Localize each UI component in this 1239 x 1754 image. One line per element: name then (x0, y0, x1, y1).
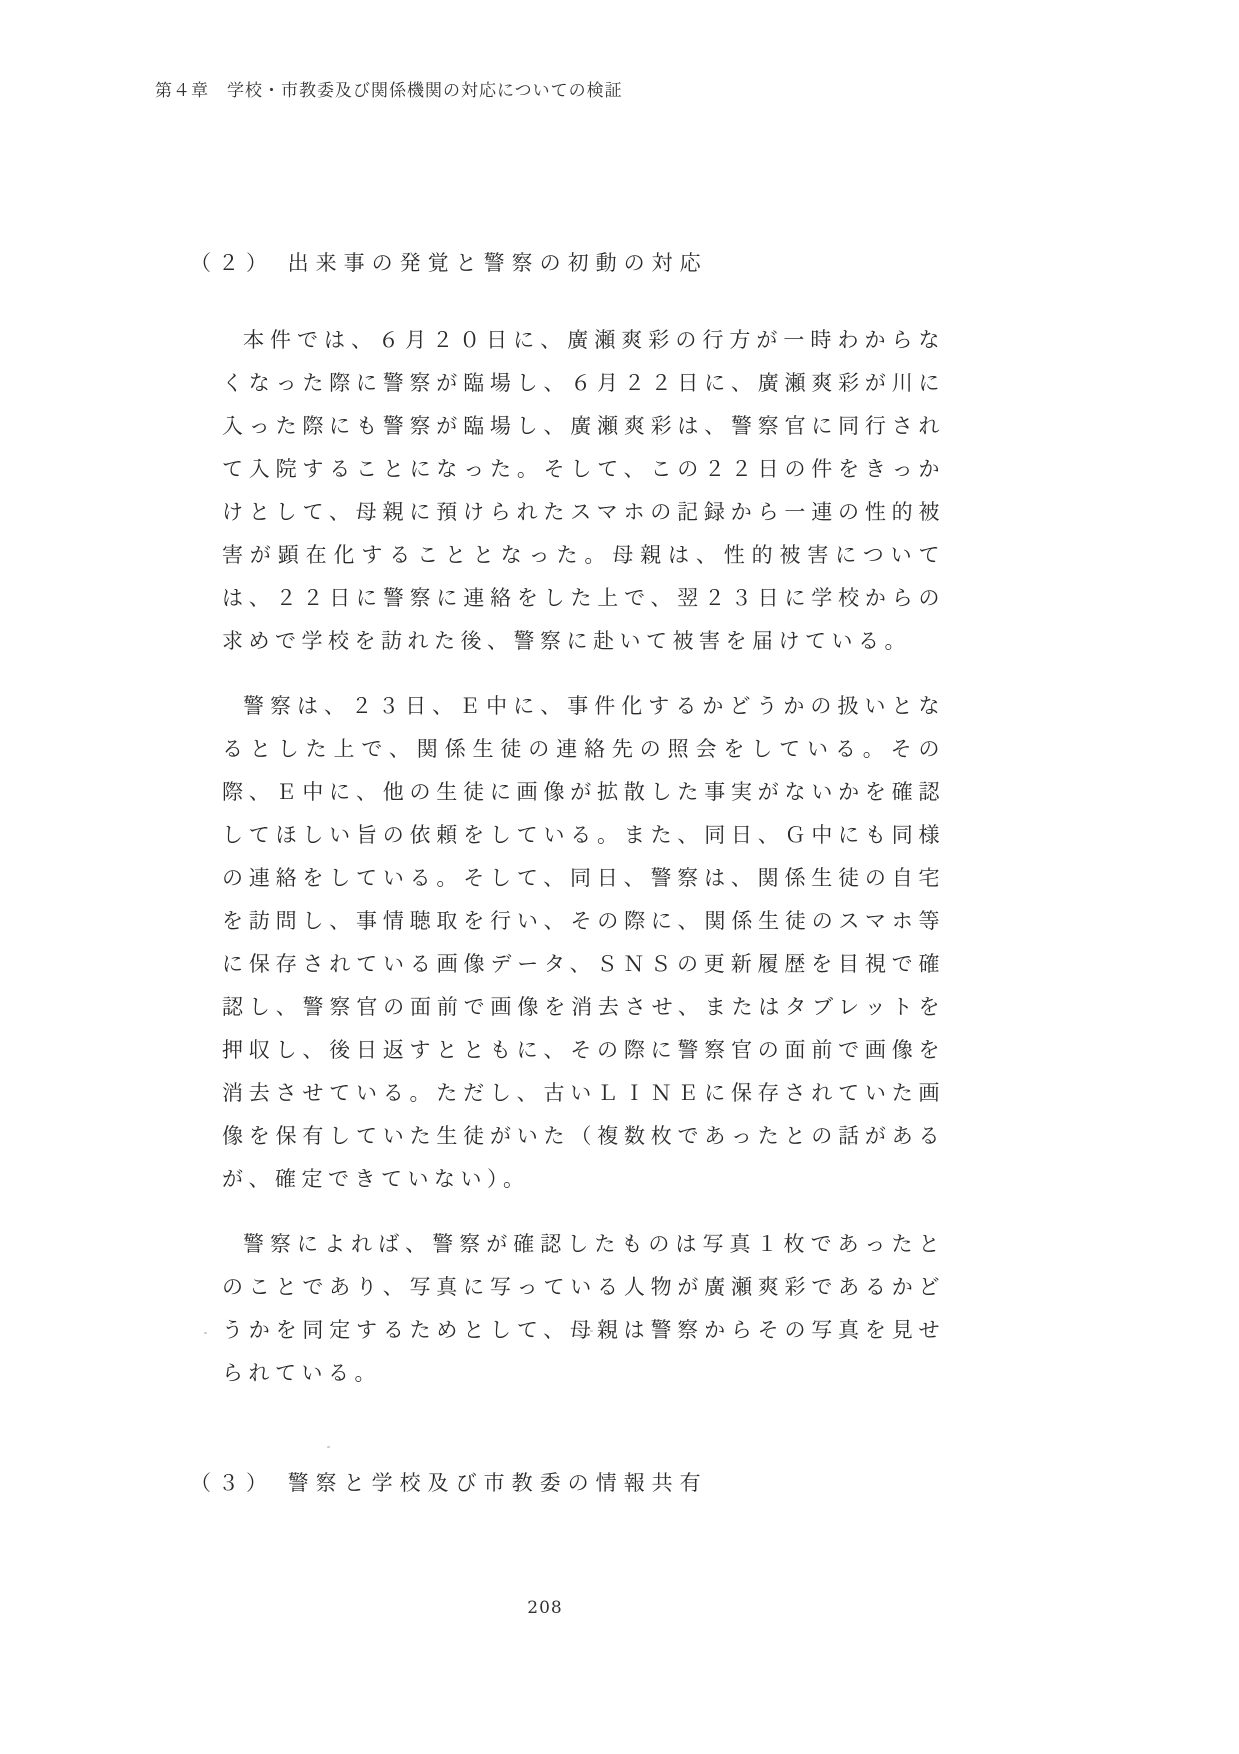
body-paragraph: 警察は、２３日、Ｅ中に、事件化するかどうかの扱いとなるとした上で、関係生徒の連絡… (222, 685, 945, 1201)
page-number: 208 (0, 1598, 1090, 1618)
document-page: 第４章 学校・市教委及び関係機関の対応についての検証 （２） 出来事の発覚と警察… (0, 0, 1239, 1754)
document-body: （２） 出来事の発覚と警察の初動の対応本件では、６月２０日に、廣瀬爽彩の行方が一… (190, 247, 950, 1539)
running-header: 第４章 学校・市教委及び関係機関の対応についての検証 (155, 76, 623, 101)
scan-artifact (590, 1330, 593, 1332)
section-heading: （３） 警察と学校及び市教委の情報共有 (190, 1467, 950, 1497)
section-heading: （２） 出来事の発覚と警察の初動の対応 (190, 247, 950, 277)
section-1: （２） 出来事の発覚と警察の初動の対応本件では、６月２０日に、廣瀬爽彩の行方が一… (190, 247, 950, 1395)
body-paragraph: 本件では、６月２０日に、廣瀬爽彩の行方が一時わからなくなった際に警察が臨場し、６… (222, 319, 945, 663)
scan-artifact (327, 1446, 330, 1448)
scan-artifact (204, 1332, 207, 1334)
body-paragraph: 警察によれば、警察が確認したものは写真１枚であったとのことであり、写真に写ってい… (222, 1223, 945, 1395)
section-2: （３） 警察と学校及び市教委の情報共有 (190, 1467, 950, 1497)
